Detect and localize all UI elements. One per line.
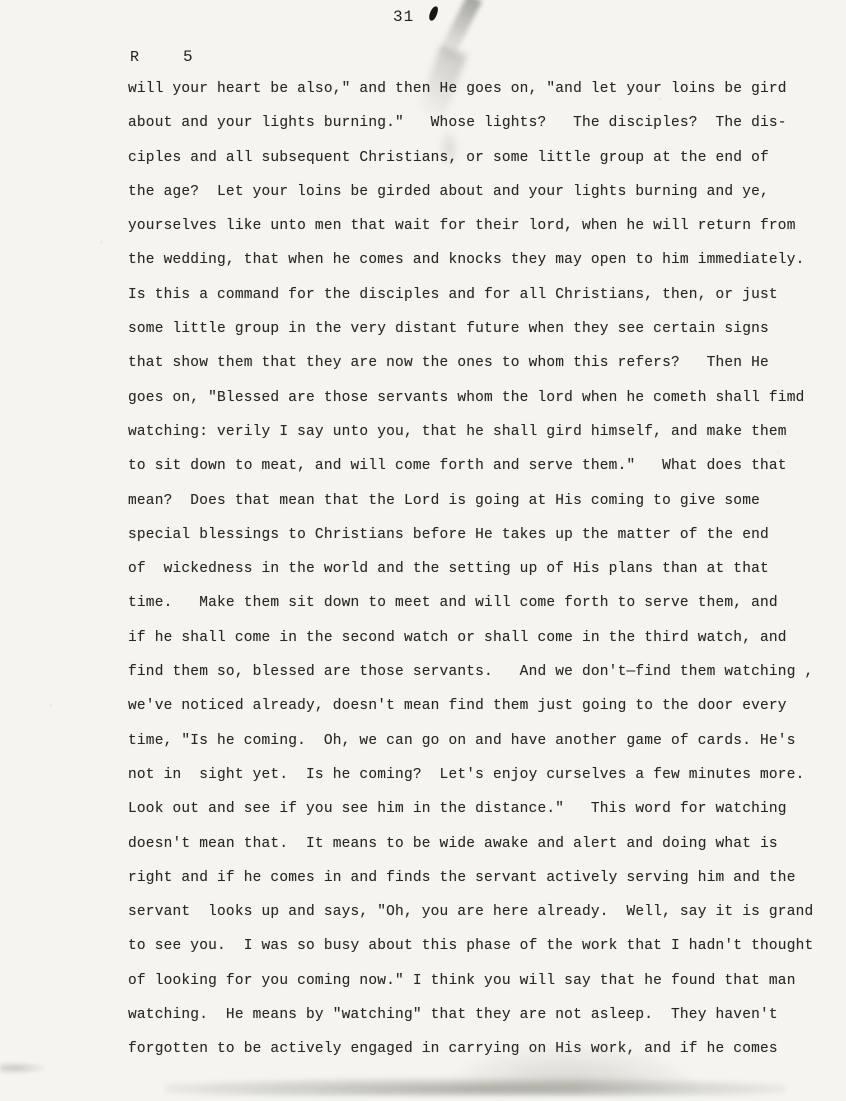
text-line: Is this a command for the disciples and … (128, 278, 818, 312)
text-line: time, "Is he coming. Oh, we can go on an… (128, 724, 818, 758)
text-line: mean? Does that mean that the Lord is go… (128, 484, 818, 518)
page-number: 31 (393, 8, 414, 26)
text-line: that show them that they are now the one… (128, 346, 818, 380)
text-line: watching: verily I say unto you, that he… (128, 415, 818, 449)
text-line: the wedding, that when he comes and knoc… (128, 243, 818, 277)
scanned-typescript-page: 31 R5 will your heart be also," and then… (0, 0, 846, 1101)
margin-number: 5 (183, 48, 193, 66)
text-line: the age? Let your loins be girded about … (128, 175, 818, 209)
text-line: about and your lights burning." Whose li… (128, 106, 818, 140)
text-line: some little group in the very distant fu… (128, 312, 818, 346)
text-line: not in sight yet. Is he coming? Let's en… (128, 758, 818, 792)
text-line: watching. He means by "watching" that th… (128, 998, 818, 1032)
text-line: right and if he comes in and finds the s… (128, 861, 818, 895)
text-line: time. Make them sit down to meet and wil… (128, 586, 818, 620)
text-line: servant looks up and says, "Oh, you are … (128, 895, 818, 929)
text-line: will your heart be also," and then He go… (128, 72, 818, 106)
margin-letter: R (130, 49, 139, 66)
typed-body-text: will your heart be also," and then He go… (128, 72, 818, 1067)
text-line: to sit down to meat, and will come forth… (128, 449, 818, 483)
text-line: goes on, "Blessed are those servants who… (128, 381, 818, 415)
text-line: of wickedness in the world and the setti… (128, 552, 818, 586)
text-line: of looking for you coming now." I think … (128, 964, 818, 998)
text-line: doesn't mean that. It means to be wide a… (128, 827, 818, 861)
text-line: if he shall come in the second watch or … (128, 621, 818, 655)
text-line: yourselves like unto men that wait for t… (128, 209, 818, 243)
text-line: Look out and see if you see him in the d… (128, 792, 818, 826)
ink-blot-mark (428, 5, 439, 21)
text-line: special blessings to Christians before H… (128, 518, 818, 552)
margin-annotation: R5 (130, 48, 193, 66)
scan-shadow-band (165, 1078, 785, 1096)
text-line: find them so, blessed are those servants… (128, 655, 818, 689)
text-line: ciples and all subsequent Christians, or… (128, 141, 818, 175)
text-line: to see you. I was so busy about this pha… (128, 929, 818, 963)
scan-shadow-left (0, 1062, 46, 1074)
text-line: we've noticed already, doesn't mean find… (128, 689, 818, 723)
